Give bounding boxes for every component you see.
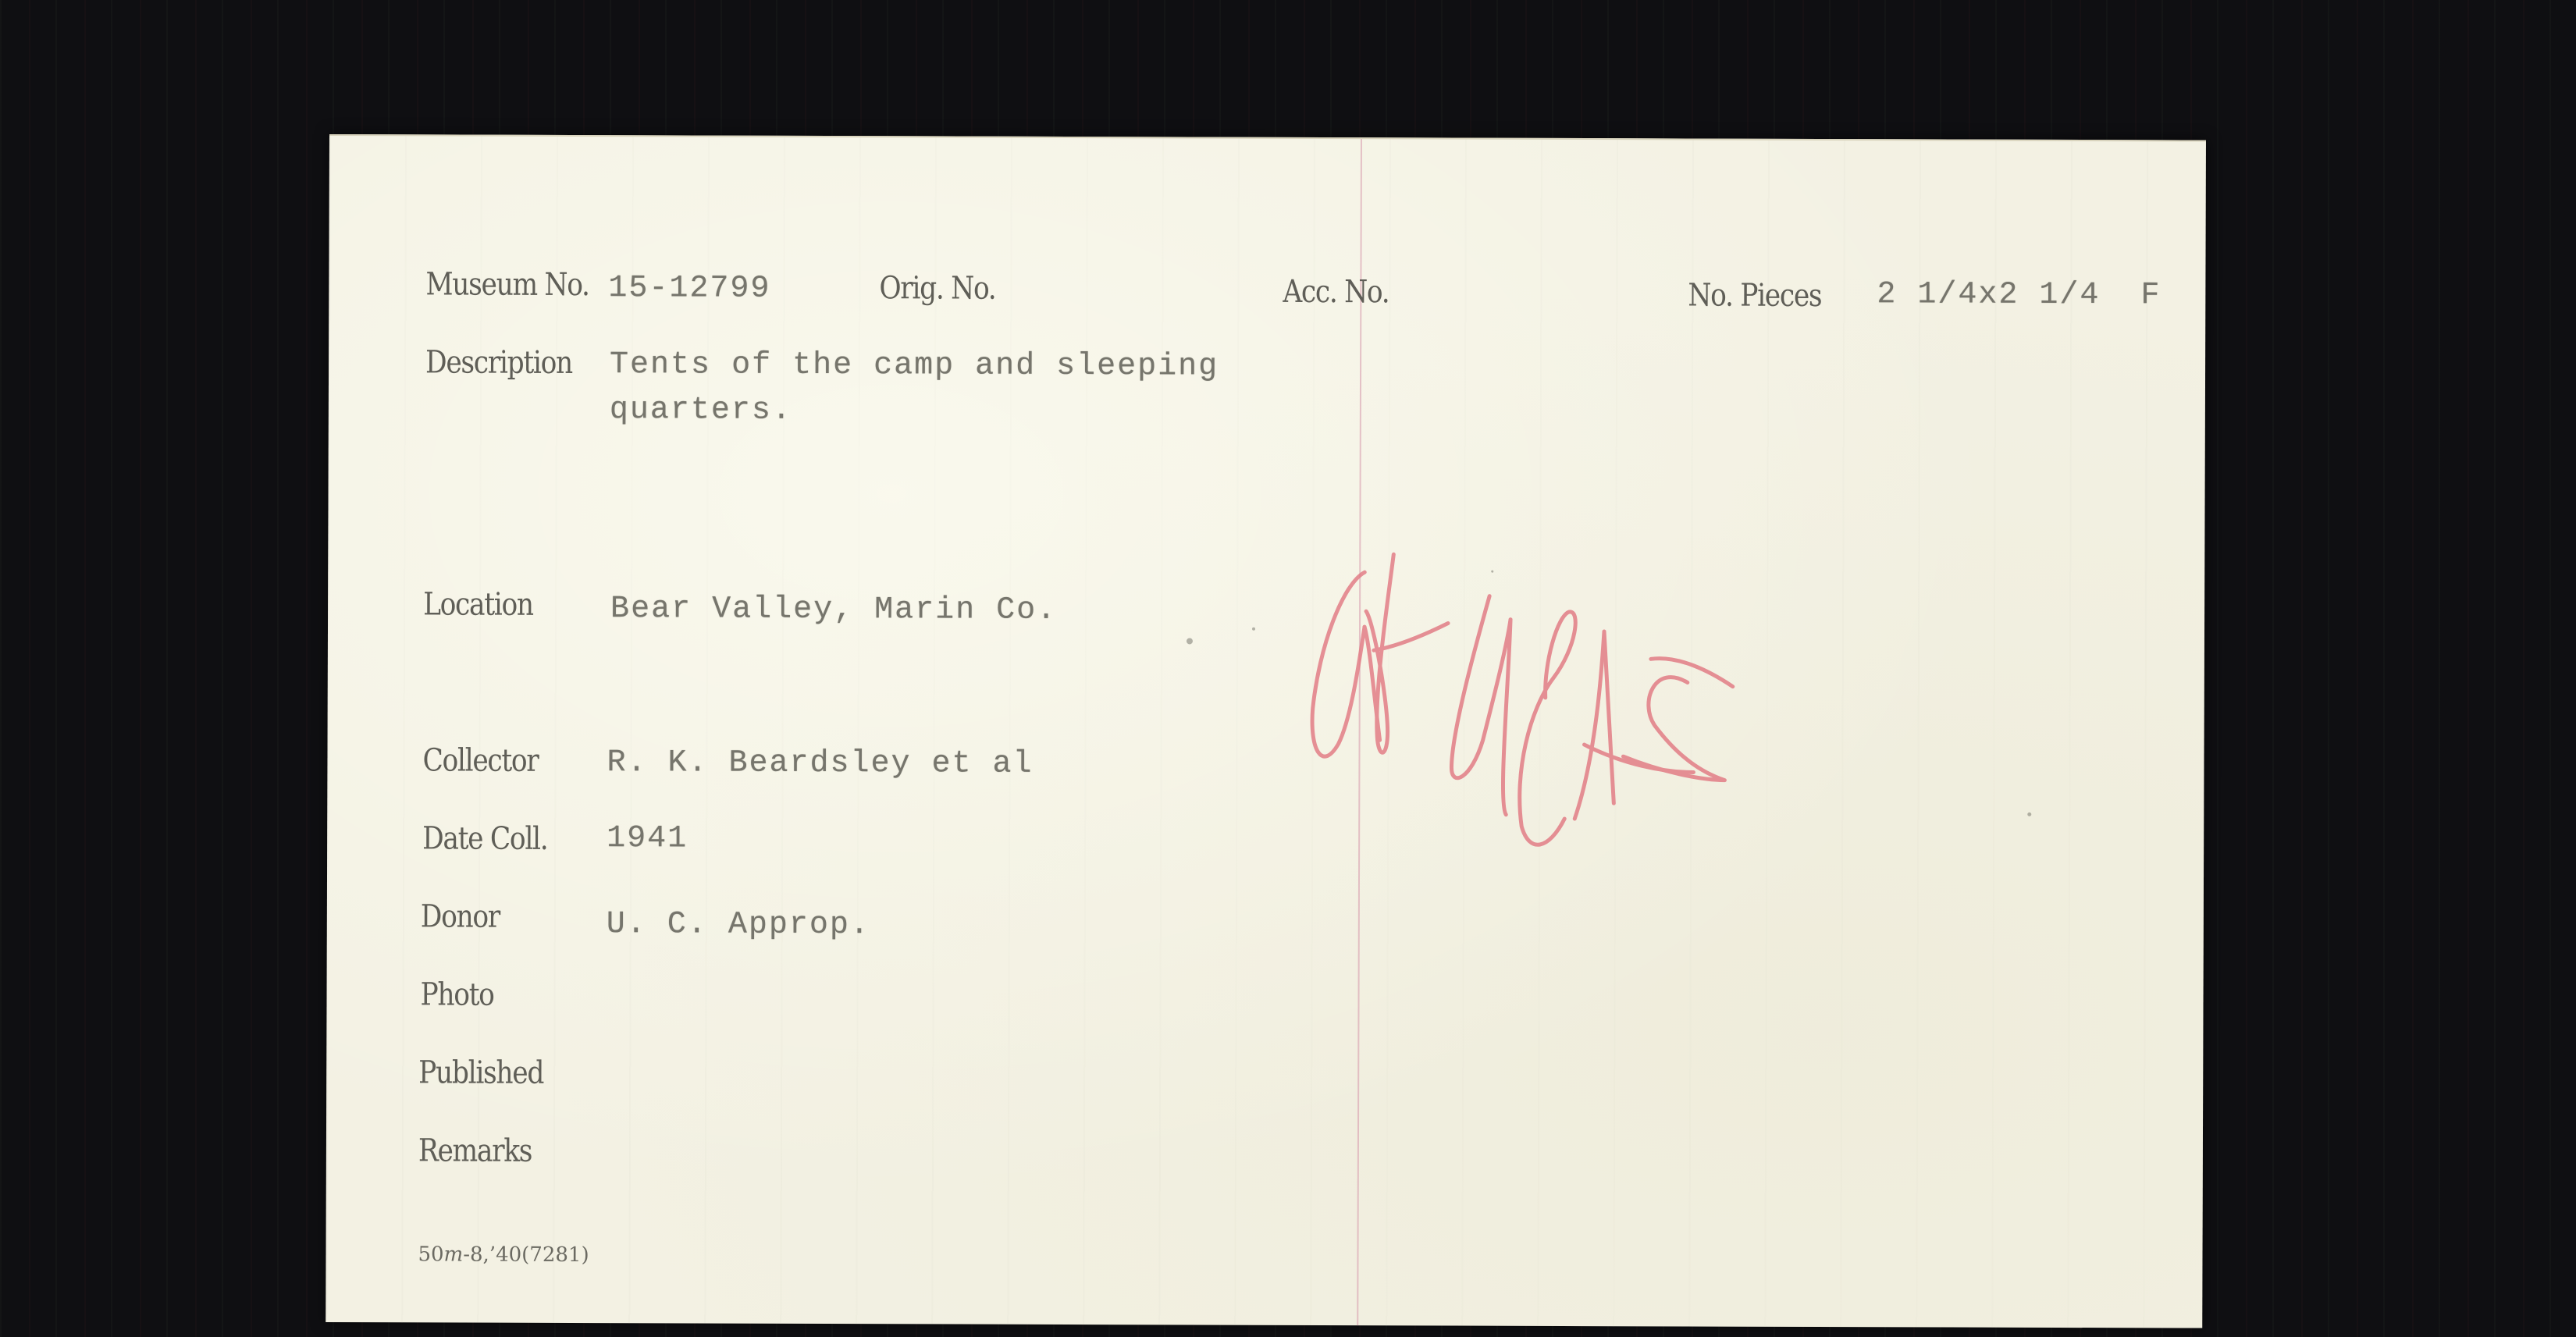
collector-value: R. K. Beardsley et al (607, 748, 1033, 781)
description-value: Tents of the camp and sleeping quarters. (610, 343, 1219, 435)
catalog-card: Museum No. 15-12799 Orig. No. Acc. No. N… (326, 134, 2206, 1328)
printer-code-prefix: 50 (418, 1243, 443, 1266)
no-pieces-value: 2 1/4x2 1/4 F (1877, 279, 2161, 311)
date-coll-label: Date Coll. (422, 823, 547, 855)
collector-label: Collector (422, 745, 538, 776)
dust-speck (1252, 628, 1255, 631)
acc-no-label: Acc. No. (1283, 276, 1389, 308)
printer-code-italic: m (444, 1243, 464, 1266)
donor-value: U. C. Approp. (607, 909, 870, 941)
museum-no-label: Museum No. (425, 268, 589, 300)
donor-label: Donor (421, 901, 500, 932)
museum-no-value: 15-12799 (608, 273, 770, 305)
dust-speck (1187, 638, 1193, 644)
printer-code-suffix: -8,’40(7281) (463, 1243, 589, 1268)
date-coll-value: 1941 (607, 823, 688, 855)
published-label: Published (418, 1057, 543, 1089)
orig-no-label: Orig. No. (879, 272, 995, 304)
location-value: Bear Valley, Marin Co. (610, 594, 1057, 627)
location-label: Location (423, 588, 533, 620)
remarks-label: Remarks (418, 1135, 532, 1166)
dust-speck (2027, 813, 2031, 816)
printer-code: 50m-8,’40(7281) (418, 1244, 589, 1265)
dust-speck (1491, 571, 1493, 573)
handwritten-annotation-at-ucas (1295, 537, 2139, 867)
no-pieces-label: No. Pieces (1688, 279, 1821, 311)
description-label: Description (425, 347, 572, 379)
photo-label: Photo (420, 979, 493, 1010)
